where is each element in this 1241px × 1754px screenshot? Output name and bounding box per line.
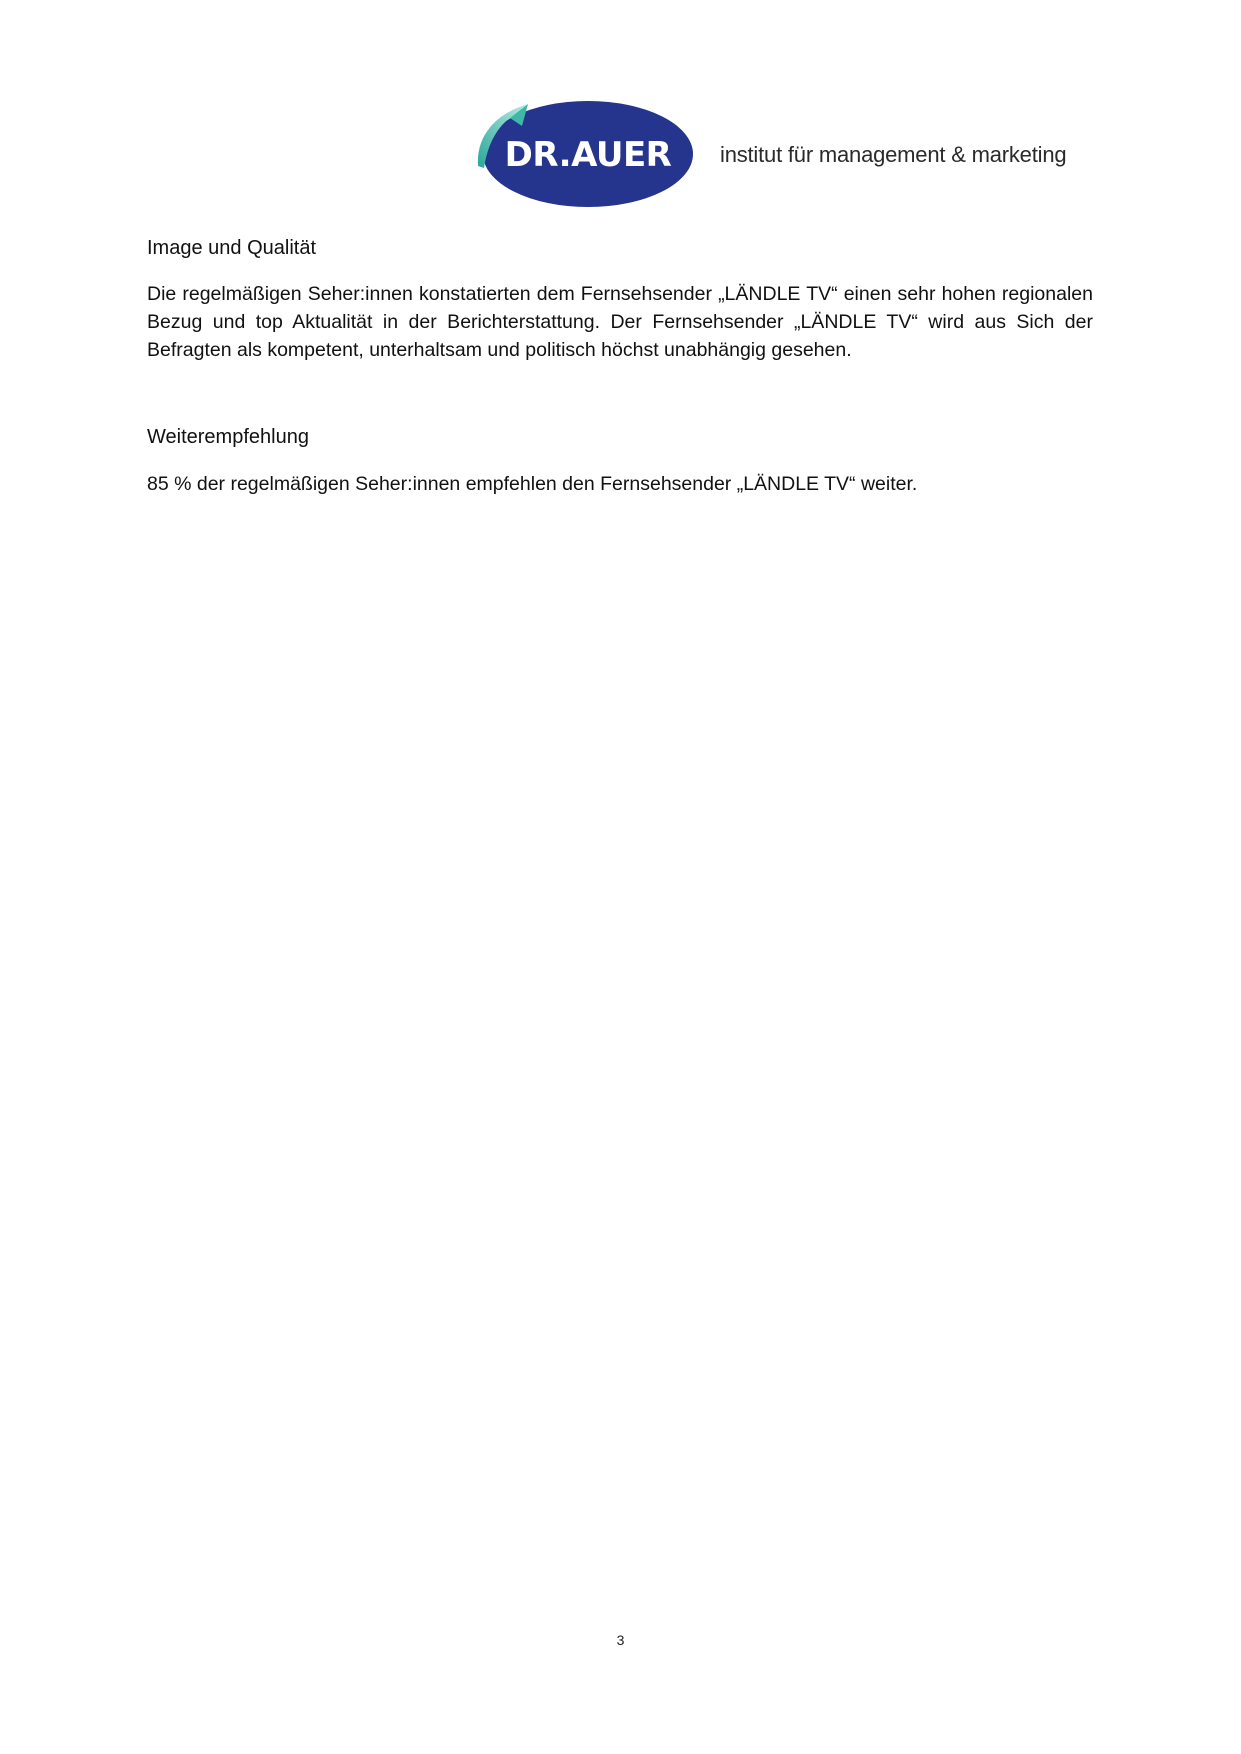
logo-text: DR.AUER [505,135,672,175]
institute-tagline: institut für management & marketing [720,142,1066,168]
page-number: 3 [0,1632,1241,1648]
section-paragraph-image-quality: Die regelmäßigen Seher:innen konstatiert… [147,280,1093,364]
section-heading-recommendation: Weiterempfehlung [147,426,309,449]
letterhead: DR.AUER institut für management & market… [470,96,1090,211]
section-heading-image-quality: Image und Qualität [147,237,316,260]
section-paragraph-recommendation: 85 % der regelmäßigen Seher:innen empfeh… [147,470,1093,498]
dr-auer-logo: DR.AUER [470,96,695,211]
